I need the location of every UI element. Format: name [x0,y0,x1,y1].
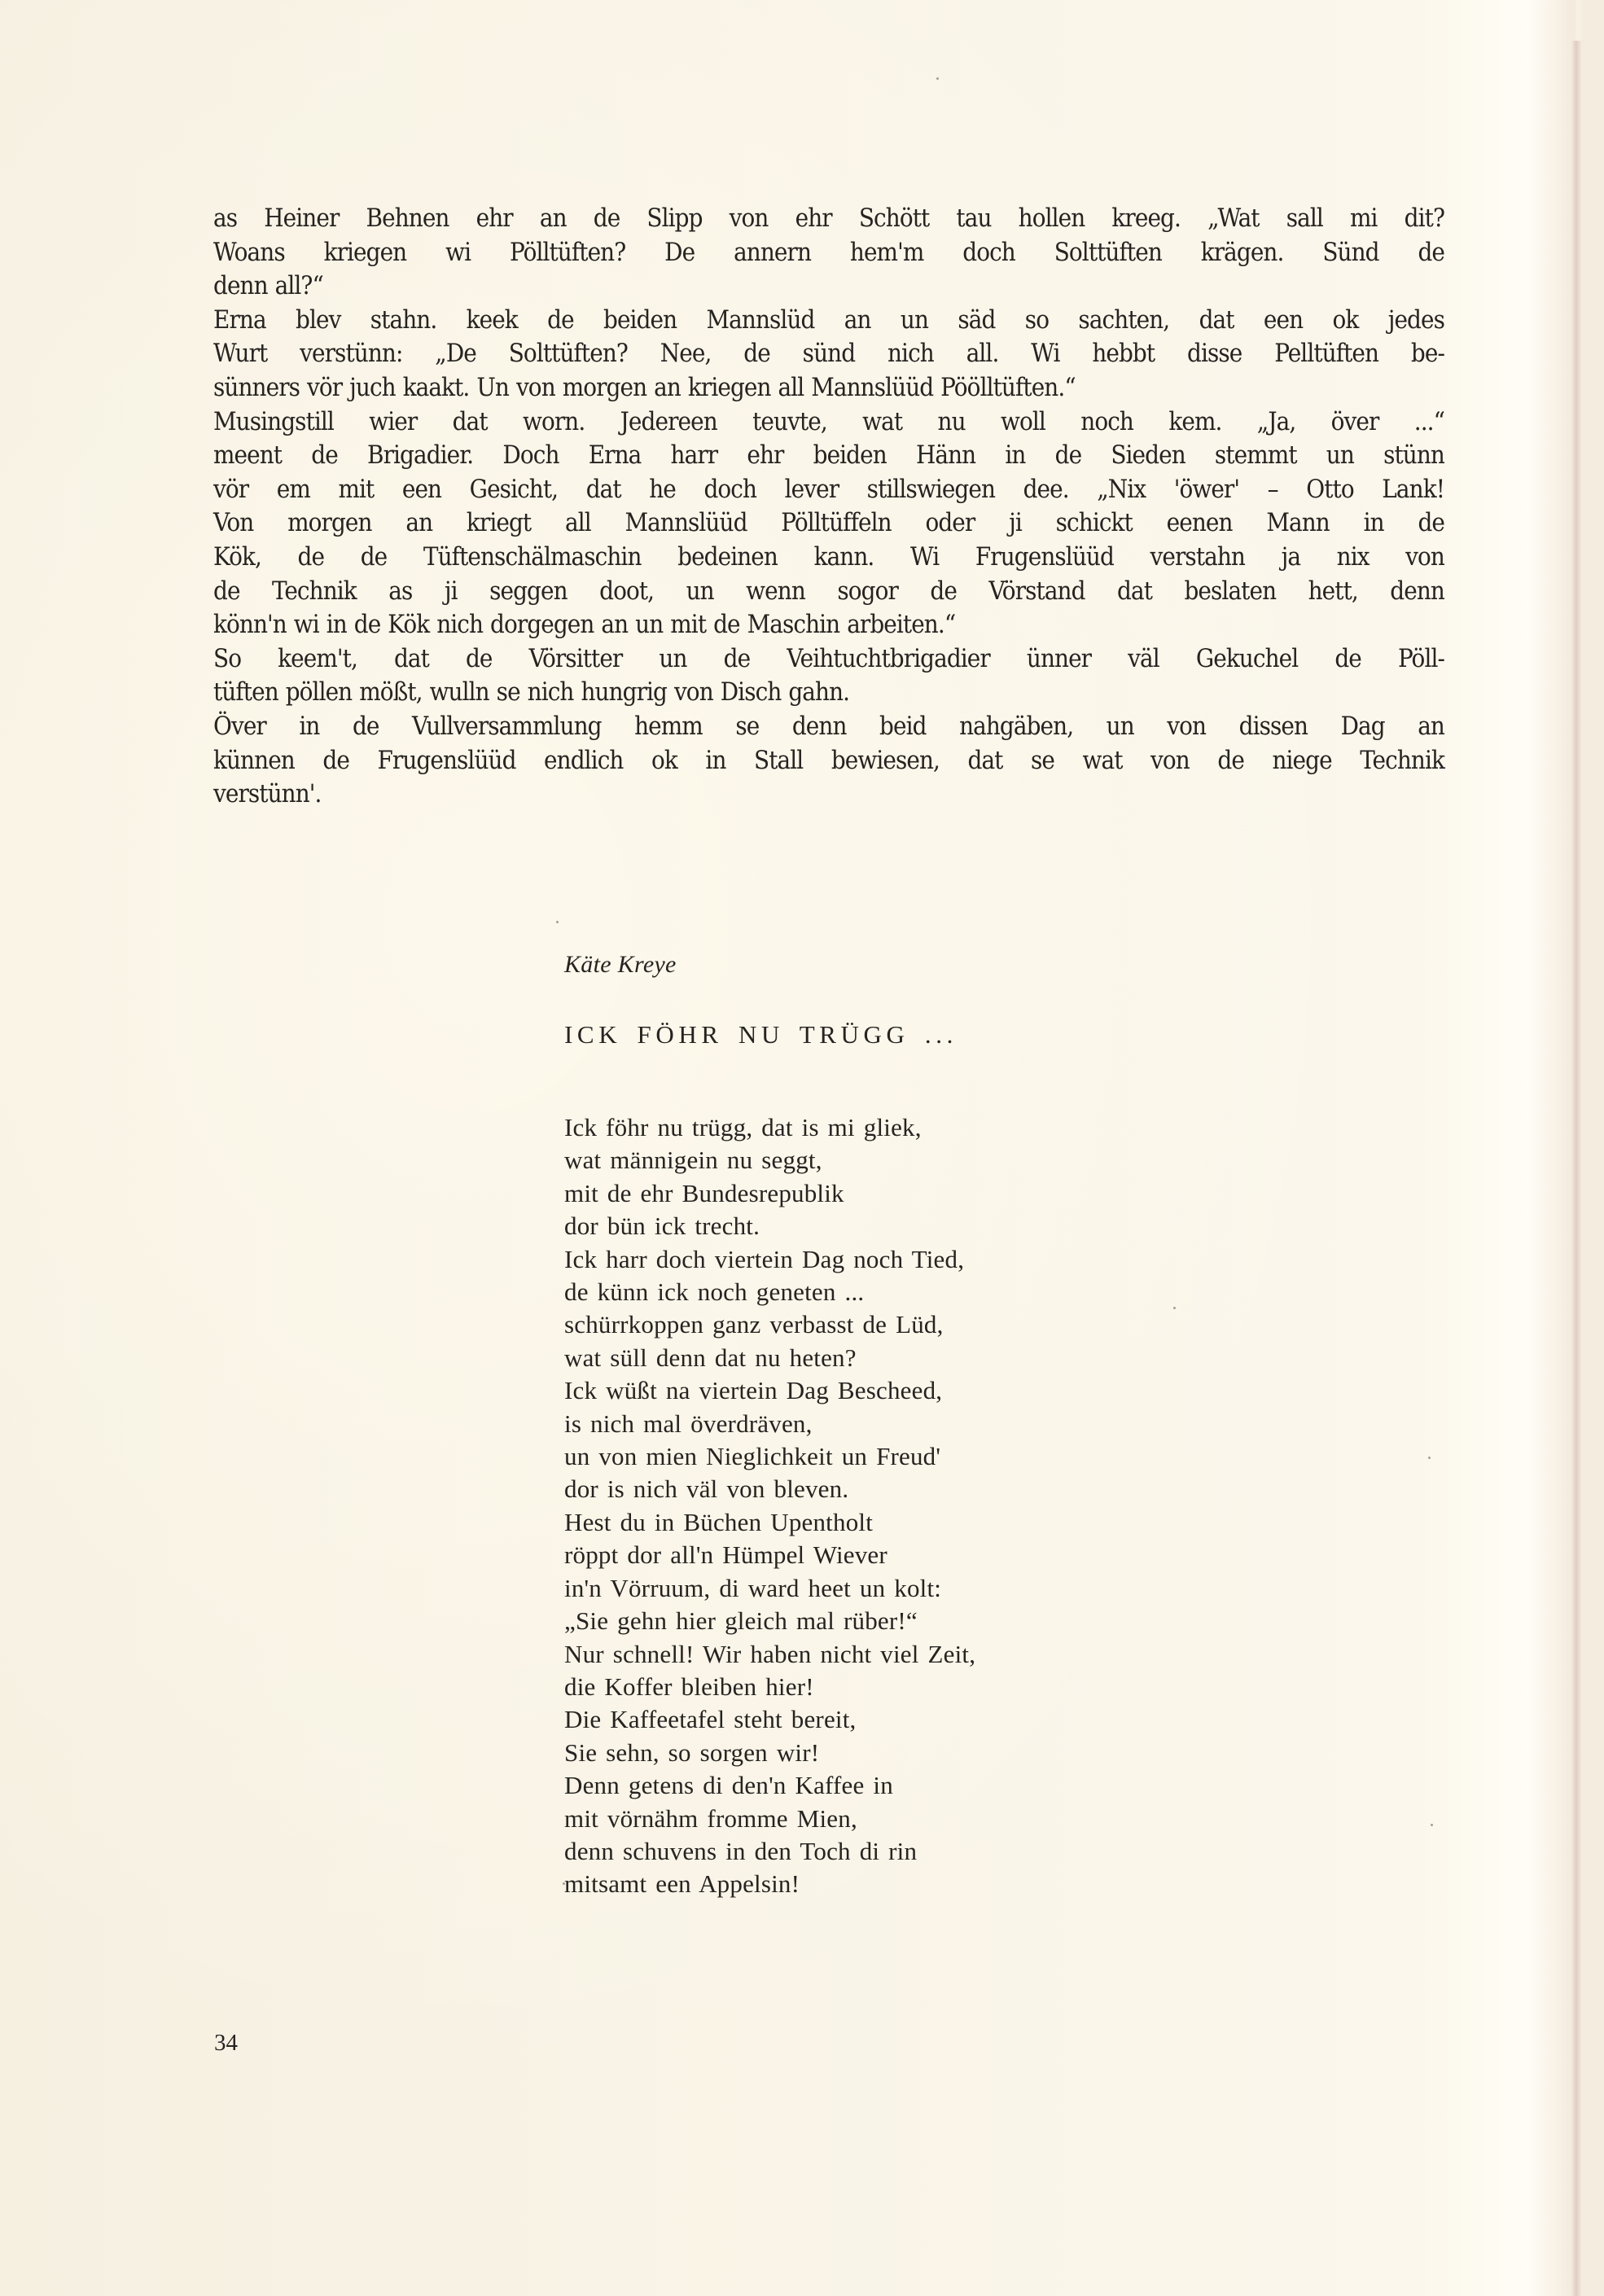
prose-line: verstünn'. [213,778,1444,812]
poem-line: dor is nich väl von bleven. [564,1473,975,1505]
poem-line: „Sie gehn hier gleich mal rüber!“ [564,1605,975,1637]
prose-line: Erna blev stahn. keek de beiden Mannslüd… [213,304,1444,338]
prose-line: de Technik as ji seggen doot, un wenn so… [213,575,1444,609]
poem-body: Ick föhr nu trügg, dat is mi gliek, wat … [564,1111,975,1901]
poem-line: wat süll denn dat nu heten? [564,1342,975,1374]
poem-line: Hest du in Büchen Upentholt [564,1506,975,1539]
prose-line: Wurt verstünn: „De Solttüften? Nee, de s… [213,337,1444,371]
poem-line: die Koffer bleiben hier! [564,1671,975,1703]
poem-line: in'n Vörruum, di ward heet un kolt: [564,1572,975,1605]
prose-line: Över in de Vullversammlung hemm se denn … [213,710,1444,744]
poem-line: wat männigein nu seggt, [564,1144,975,1176]
prose-paragraph: Musingstill wier dat worn. Jedereen teuv… [213,405,1444,642]
poem-line: röppt dor all'n Hümpel Wiever [564,1539,975,1571]
prose-line: sünners vör juch kaakt. Un von morgen an… [213,371,1444,405]
poem-line: schürrkoppen ganz verbasst de Lüd, [564,1308,975,1341]
poem-line: Denn getens di den'n Kaffee in [564,1769,975,1802]
prose-paragraph: Erna blev stahn. keek de beiden Mannslüd… [213,304,1444,405]
paper-speck [556,921,559,923]
prose-paragraph: as Heiner Behnen ehr an de Slipp von ehr… [213,202,1444,304]
poem-author: Käte Kreye [564,951,677,979]
prose-line: vör em mit een Gesicht, dat he doch leve… [213,473,1444,507]
prose-line: So keem't, dat de Vörsitter un de Veihtu… [213,642,1444,677]
prose-text-block: as Heiner Behnen ehr an de Slipp von ehr… [213,202,1444,812]
poem-line: Ick wüßt na viertein Dag Bescheed, [564,1374,975,1407]
prose-line: as Heiner Behnen ehr an de Slipp von ehr… [213,202,1444,236]
prose-line: denn all?“ [213,269,1444,304]
paper-speck [1431,1824,1433,1826]
next-page-strip [1581,0,1604,2296]
poem-line: mit de ehr Bundesrepublik [564,1177,975,1210]
poem-line: Die Kaffeetafel steht bereit, [564,1703,975,1736]
prose-paragraph: Över in de Vullversammlung hemm se denn … [213,710,1444,812]
prose-paragraph: So keem't, dat de Vörsitter un de Veihtu… [213,642,1444,710]
page-edge-shadow [1571,41,1581,2296]
paper-speck [936,77,939,80]
poem-line: un von mien Nieglichkeit un Freud' [564,1440,975,1473]
poem-line: de künn ick noch geneten ... [564,1276,975,1308]
poem-line: mitsamt een Appelsin! [564,1868,975,1900]
poem-line: Sie sehn, so sorgen wir! [564,1737,975,1769]
poem-line: is nich mal överdräven, [564,1408,975,1440]
poem-line: Nur schnell! Wir haben nicht viel Zeit, [564,1638,975,1671]
prose-line: Kök, de de Tüftenschälmaschin bedeinen k… [213,541,1444,575]
poem-line: mit vörnähm fromme Mien, [564,1803,975,1835]
prose-line: Musingstill wier dat worn. Jedereen teuv… [213,405,1444,440]
paper-speck [1428,1457,1431,1459]
poem-line: Ick föhr nu trügg, dat is mi gliek, [564,1111,975,1144]
prose-line: meent de Brigadier. Doch Erna harr ehr b… [213,439,1444,473]
paper-speck [563,1882,565,1885]
prose-line: Woans kriegen wi Pölltüften? De annern h… [213,236,1444,270]
prose-line: künnen de Frugenslüüd endlich ok in Stal… [213,744,1444,778]
poem-line: denn schuvens in den Toch di rin [564,1835,975,1868]
paper-speck [1173,1307,1176,1309]
poem-title: ICK FÖHR NU TRÜGG ... [564,1020,958,1049]
poem-line: dor bün ick trecht. [564,1210,975,1242]
page-number: 34 [214,2030,238,2057]
prose-line: Von morgen an kriegt all Mannslüüd Pöllt… [213,506,1444,541]
poem-line: Ick harr doch viertein Dag noch Tied, [564,1243,975,1276]
prose-line: könn'n wi in de Kök nich dorgegen an un … [213,608,1444,642]
prose-line: tüften pöllen mößt, wulln se nich hungri… [213,676,1444,710]
